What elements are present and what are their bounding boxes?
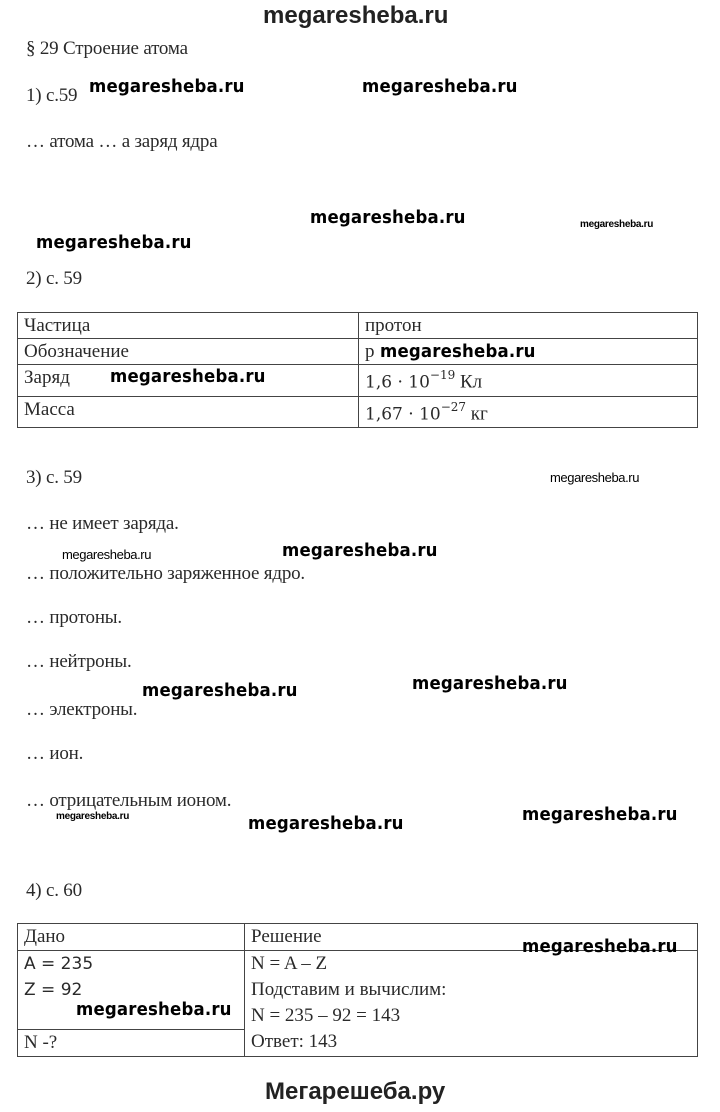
row-label: Масса	[18, 396, 359, 428]
watermark: megaresheba.ru	[282, 540, 438, 561]
task3-answer: … положительно заряженное ядро.	[26, 563, 305, 585]
watermark: megaresheba.ru	[580, 219, 653, 230]
solution-cell: N = A – Z Подставим и вычислим: N = 235 …	[245, 951, 698, 1057]
watermark: megaresheba.ru	[36, 232, 192, 253]
watermark: megaresheba.ru	[248, 813, 404, 834]
watermark: megaresheba.ru	[110, 366, 266, 387]
row-value: протон	[359, 313, 698, 339]
task3-answer: … протоны.	[26, 607, 122, 629]
task3-answer: … ион.	[26, 743, 83, 765]
task2-label: 2) с. 59	[26, 268, 82, 290]
row-value: 1,67 · 10−27 кг	[359, 396, 698, 428]
watermark: megaresheba.ru	[522, 936, 678, 957]
task3-answer: … отрицательным ионом.	[26, 790, 231, 812]
given-header: Дано	[18, 924, 245, 951]
task1-label: 1) с.59	[26, 85, 77, 107]
task3-answer: … не имеет заряда.	[26, 513, 179, 535]
charge-exponent: −19	[430, 368, 455, 382]
watermark: megaresheba.ru	[362, 76, 518, 97]
watermark: megaresheba.ru	[76, 999, 232, 1020]
mass-base: 1,67 · 10	[365, 404, 441, 424]
watermark: megaresheba.ru	[310, 207, 466, 228]
task1-answer: … атома … а заряд ядра	[26, 131, 217, 153]
watermark: megaresheba.ru	[522, 804, 678, 825]
table-row: Масса 1,67 · 10−27 кг	[18, 396, 698, 428]
solution-line: Подставим и вычислим:	[251, 977, 691, 1003]
watermark: megaresheba.ru	[62, 547, 151, 562]
watermark: megaresheba.ru	[550, 470, 639, 485]
given-value: A = 235	[24, 951, 238, 977]
row-value: 1,6 · 10−19 Кл	[359, 365, 698, 397]
header-watermark: megaresheba.ru	[263, 2, 448, 30]
mass-exponent: −27	[441, 400, 466, 414]
watermark: megaresheba.ru	[56, 811, 129, 822]
solution-line: N = 235 – 92 = 143	[251, 1003, 691, 1029]
row-label: Частица	[18, 313, 359, 339]
mass-unit: кг	[471, 403, 488, 424]
charge-base: 1,6 · 10	[365, 373, 430, 393]
charge-unit: Кл	[460, 372, 482, 393]
solution-line: Ответ: 143	[251, 1029, 691, 1055]
task3-label: 3) с. 59	[26, 467, 82, 489]
task4-label: 4) с. 60	[26, 880, 82, 902]
row-label: Обозначение	[18, 339, 359, 365]
watermark: megaresheba.ru	[142, 680, 298, 701]
task3-answer: … нейтроны.	[26, 651, 132, 673]
watermark: megaresheba.ru	[412, 673, 568, 694]
footer-watermark: Мегарешеба.ру	[265, 1078, 445, 1106]
watermark: megaresheba.ru	[380, 341, 536, 362]
table-row: Частица протон	[18, 313, 698, 339]
section-title: § 29 Строение атома	[26, 38, 188, 60]
watermark: megaresheba.ru	[89, 76, 245, 97]
table-row: Обозначение p	[18, 339, 698, 365]
find-cell: N -?	[18, 1030, 245, 1057]
task3-answer: … электроны.	[26, 699, 137, 721]
